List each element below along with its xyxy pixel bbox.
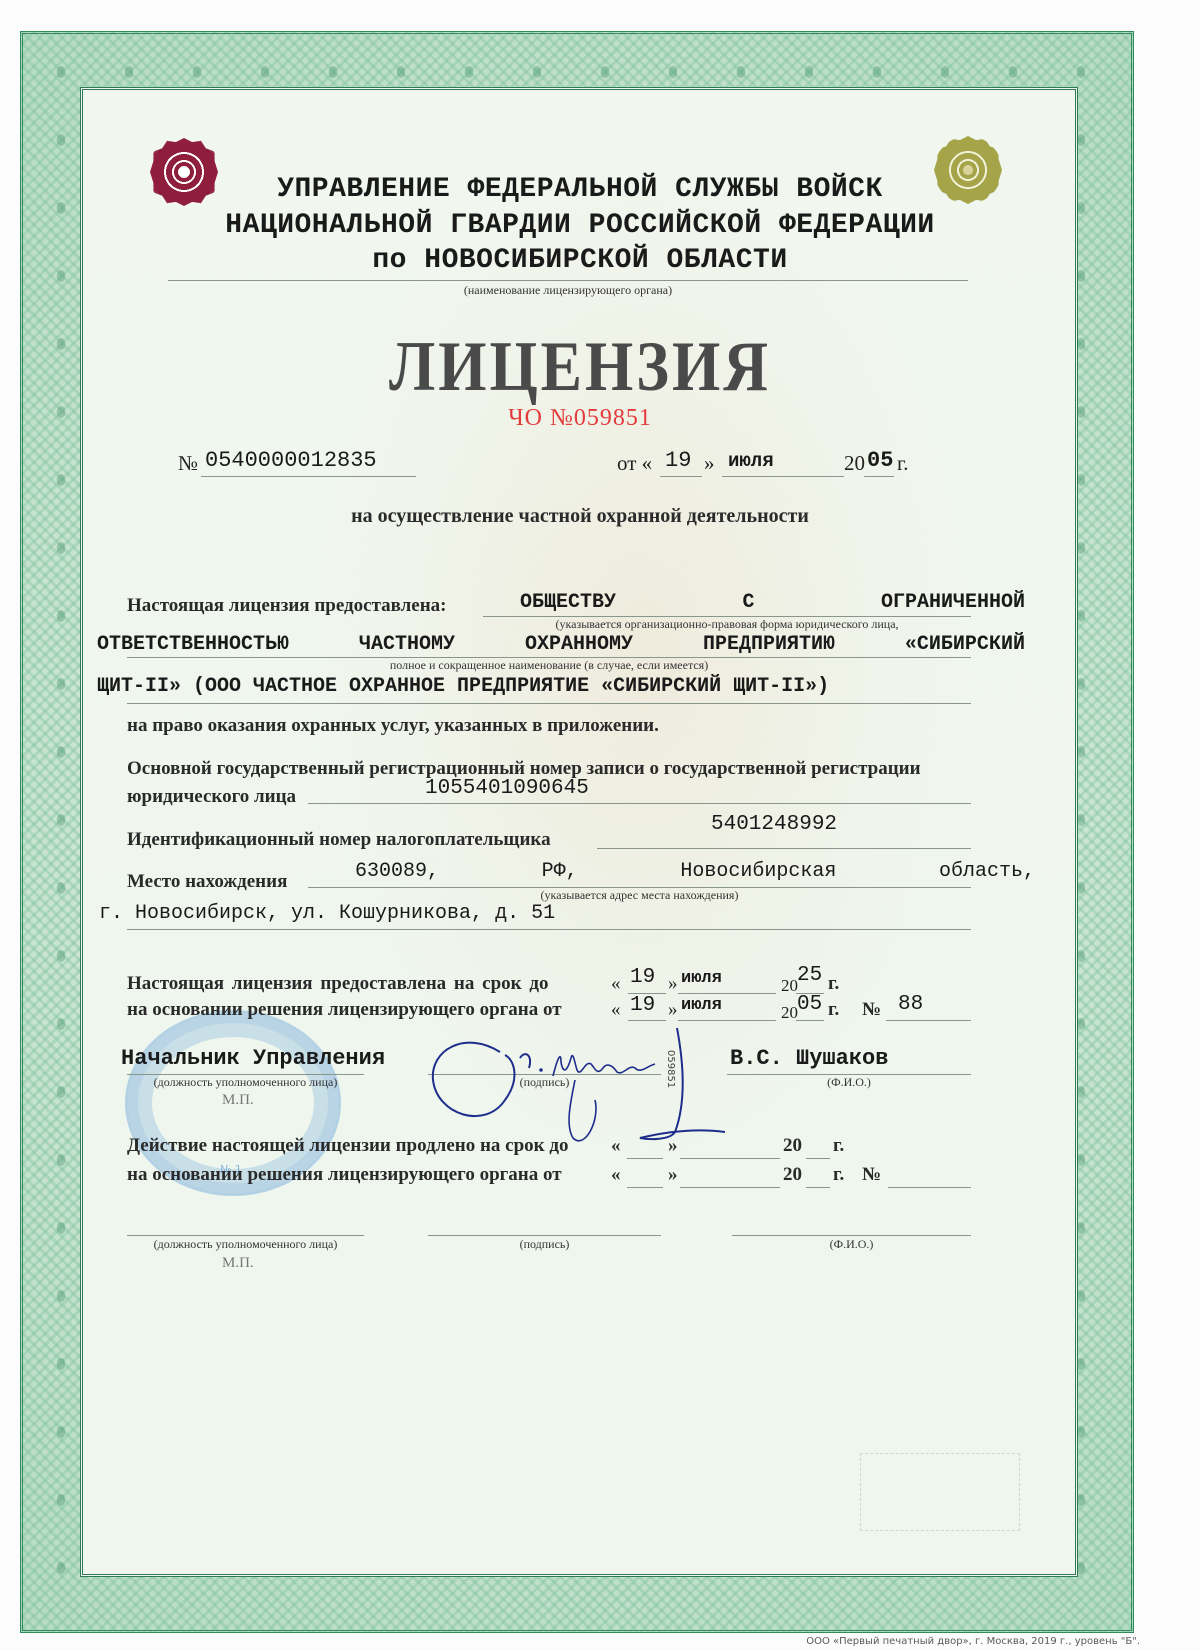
ext-signature-caption: (подпись) xyxy=(428,1237,661,1252)
quote-close: » xyxy=(668,1135,678,1157)
holder-word: ОБЩЕСТВУ xyxy=(520,591,616,614)
extension-century: 20 xyxy=(783,1135,802,1157)
address-line-2: г. Новосибирск, ул. Кошурникова, д. 51 xyxy=(99,902,555,925)
holder-word: ПРЕДПРИЯТИЮ xyxy=(703,633,835,656)
extension-number-prefix: № xyxy=(862,1164,881,1186)
decision-day: 19 xyxy=(630,994,655,1017)
holder-word: ОТВЕТСТВЕННОСТЬЮ xyxy=(97,633,289,656)
holder-word: ЧАСТНОМУ xyxy=(359,633,455,656)
extension-decision-label: на основании решения лицензирующего орга… xyxy=(127,1164,562,1186)
extension-year-field xyxy=(806,1158,830,1159)
side-serial-number: 059851 xyxy=(665,1050,676,1088)
printer-note: ООО «Первый печатный двор», г. Москва, 2… xyxy=(806,1636,1140,1647)
term-year-suffix: г. xyxy=(828,973,839,995)
quote-open: « xyxy=(611,999,621,1021)
extension-decision-month-field xyxy=(680,1187,780,1188)
inn-value: 5401248992 xyxy=(711,813,837,836)
ogrn-underline xyxy=(308,803,971,804)
inn-underline xyxy=(597,848,971,849)
issue-year: 05 xyxy=(867,448,893,473)
authority-line-3: по НОВОСИБИРСКОЙ ОБЛАСТИ xyxy=(140,241,1020,281)
seal-caption: М.П. xyxy=(222,1092,254,1109)
decision-number-underline xyxy=(886,1020,971,1021)
address-word: область, xyxy=(939,860,1035,883)
extension-decision-year-field xyxy=(806,1187,830,1188)
term-day: 19 xyxy=(630,966,655,989)
holder-line-1: ОБЩЕСТВУ С ОГРАНИЧЕННОЙ xyxy=(520,591,1025,614)
quote-close: » xyxy=(668,999,678,1021)
decision-number-prefix: № xyxy=(862,999,881,1021)
holder-word: ОХРАННОМУ xyxy=(525,633,633,656)
extension-day-field xyxy=(627,1158,663,1159)
holder-line-3: ЩИТ-II» (ООО ЧАСТНОЕ ОХРАННОЕ ПРЕДПРИЯТИ… xyxy=(97,675,829,698)
issue-day: 19 xyxy=(665,448,691,473)
ext-name-field xyxy=(732,1235,971,1236)
license-number-prefix: № xyxy=(178,451,198,476)
authority-underline xyxy=(168,280,968,281)
issue-year-suffix: г. xyxy=(897,451,909,476)
signatory-name-caption: (Ф.И.О.) xyxy=(727,1075,971,1090)
inn-label: Идентификационный номер налогоплательщик… xyxy=(127,829,551,851)
address-underline-2 xyxy=(127,929,971,930)
quote-open: « xyxy=(611,1135,621,1157)
extension-decision-year-suffix: г. xyxy=(833,1164,844,1186)
extension-decision-day-field xyxy=(627,1187,663,1188)
address-label: Место нахождения xyxy=(127,871,287,893)
address-word: 630089, xyxy=(355,860,439,883)
issue-day-underline xyxy=(660,476,702,477)
signatory-name: В.С. Шушаков xyxy=(730,1046,888,1071)
extension-decision-century: 20 xyxy=(783,1164,802,1186)
issue-date-mid: » xyxy=(704,451,715,476)
term-label: Настоящая лицензия предоставлена на срок… xyxy=(127,973,548,995)
holder-line-2: ОТВЕТСТВЕННОСТЬЮ ЧАСТНОМУ ОХРАННОМУ ПРЕД… xyxy=(97,633,1025,656)
license-number-underline xyxy=(201,476,416,477)
ext-signature-field xyxy=(428,1235,661,1236)
quote-open: « xyxy=(611,1164,621,1186)
quote-close: » xyxy=(668,1164,678,1186)
granted-to-label: Настоящая лицензия предоставлена: xyxy=(127,595,447,617)
activity-type: на осуществление частной охранной деятел… xyxy=(140,505,1020,528)
decision-year-suffix: г. xyxy=(828,999,839,1021)
extension-year-suffix: г. xyxy=(833,1135,844,1157)
decision-year: 05 xyxy=(797,993,822,1016)
term-month-underline xyxy=(678,993,776,994)
issue-month-underline xyxy=(722,476,844,477)
decision-number: 88 xyxy=(898,993,923,1016)
decision-label: на основании решения лицензирующего орга… xyxy=(127,999,562,1021)
authority-caption: (наименование лицензирующего органа) xyxy=(168,283,968,298)
decision-month: июля xyxy=(681,996,722,1015)
holder-caption-1: (указывается организационно-правовая фор… xyxy=(483,617,971,632)
ext-seal-caption: М.П. xyxy=(222,1255,254,1272)
ogrn-value: 1055401090645 xyxy=(425,777,589,800)
extension-label: Действие настоящей лицензии продлено на … xyxy=(127,1135,568,1157)
extension-number-field xyxy=(888,1187,971,1188)
holder-caption-2: полное и сокращенное наименование (в слу… xyxy=(127,658,971,673)
address-line-1: 630089, РФ, Новосибирская область, xyxy=(355,860,1035,883)
issue-month: июля xyxy=(728,450,774,472)
issue-year-underline xyxy=(864,476,894,477)
quote-open: « xyxy=(611,973,621,995)
authority-line-1: УПРАВЛЕНИЕ ФЕДЕРАЛЬНОЙ СЛУЖБЫ ВОЙСК xyxy=(140,170,1020,210)
term-month: июля xyxy=(681,969,722,988)
license-number: 0540000012835 xyxy=(205,448,377,473)
address-word: Новосибирская xyxy=(680,860,836,883)
ext-name-caption: (Ф.И.О.) xyxy=(732,1237,971,1252)
signature-handwriting xyxy=(425,1020,725,1150)
ext-position-field xyxy=(127,1235,364,1236)
decision-year-underline xyxy=(796,1020,824,1021)
issue-date-prefix: от « xyxy=(617,451,652,476)
signatory-position-caption: (должность уполномоченного лица) xyxy=(127,1075,364,1090)
signatory-position: Начальник Управления xyxy=(121,1046,385,1071)
document-title: ЛИЦЕНЗИЯ xyxy=(140,327,1020,409)
ogrn-label-line-2: юридического лица xyxy=(127,786,296,808)
ext-position-caption: (должность уполномоченного лица) xyxy=(127,1237,364,1252)
holder-word: ОГРАНИЧЕННОЙ xyxy=(881,591,1025,614)
address-caption: (указывается адрес места нахождения) xyxy=(308,888,971,903)
right-to-text: на право оказания охранных услуг, указан… xyxy=(127,715,659,737)
holder-word: С xyxy=(742,591,754,614)
issue-century: 20 xyxy=(844,451,865,476)
holder-word: «СИБИРСКИЙ xyxy=(905,633,1025,656)
authority-line-2: НАЦИОНАЛЬНОЙ ГВАРДИИ РОССИЙСКОЙ ФЕДЕРАЦИ… xyxy=(140,206,1020,246)
extension-month-field xyxy=(680,1158,780,1159)
holder-line-3-underline xyxy=(127,703,971,704)
faint-security-box xyxy=(860,1453,1020,1531)
quote-close: » xyxy=(668,973,678,995)
form-serial-number: ЧО №059851 xyxy=(140,405,1020,432)
term-year: 25 xyxy=(797,964,822,987)
address-word: РФ, xyxy=(542,860,578,883)
